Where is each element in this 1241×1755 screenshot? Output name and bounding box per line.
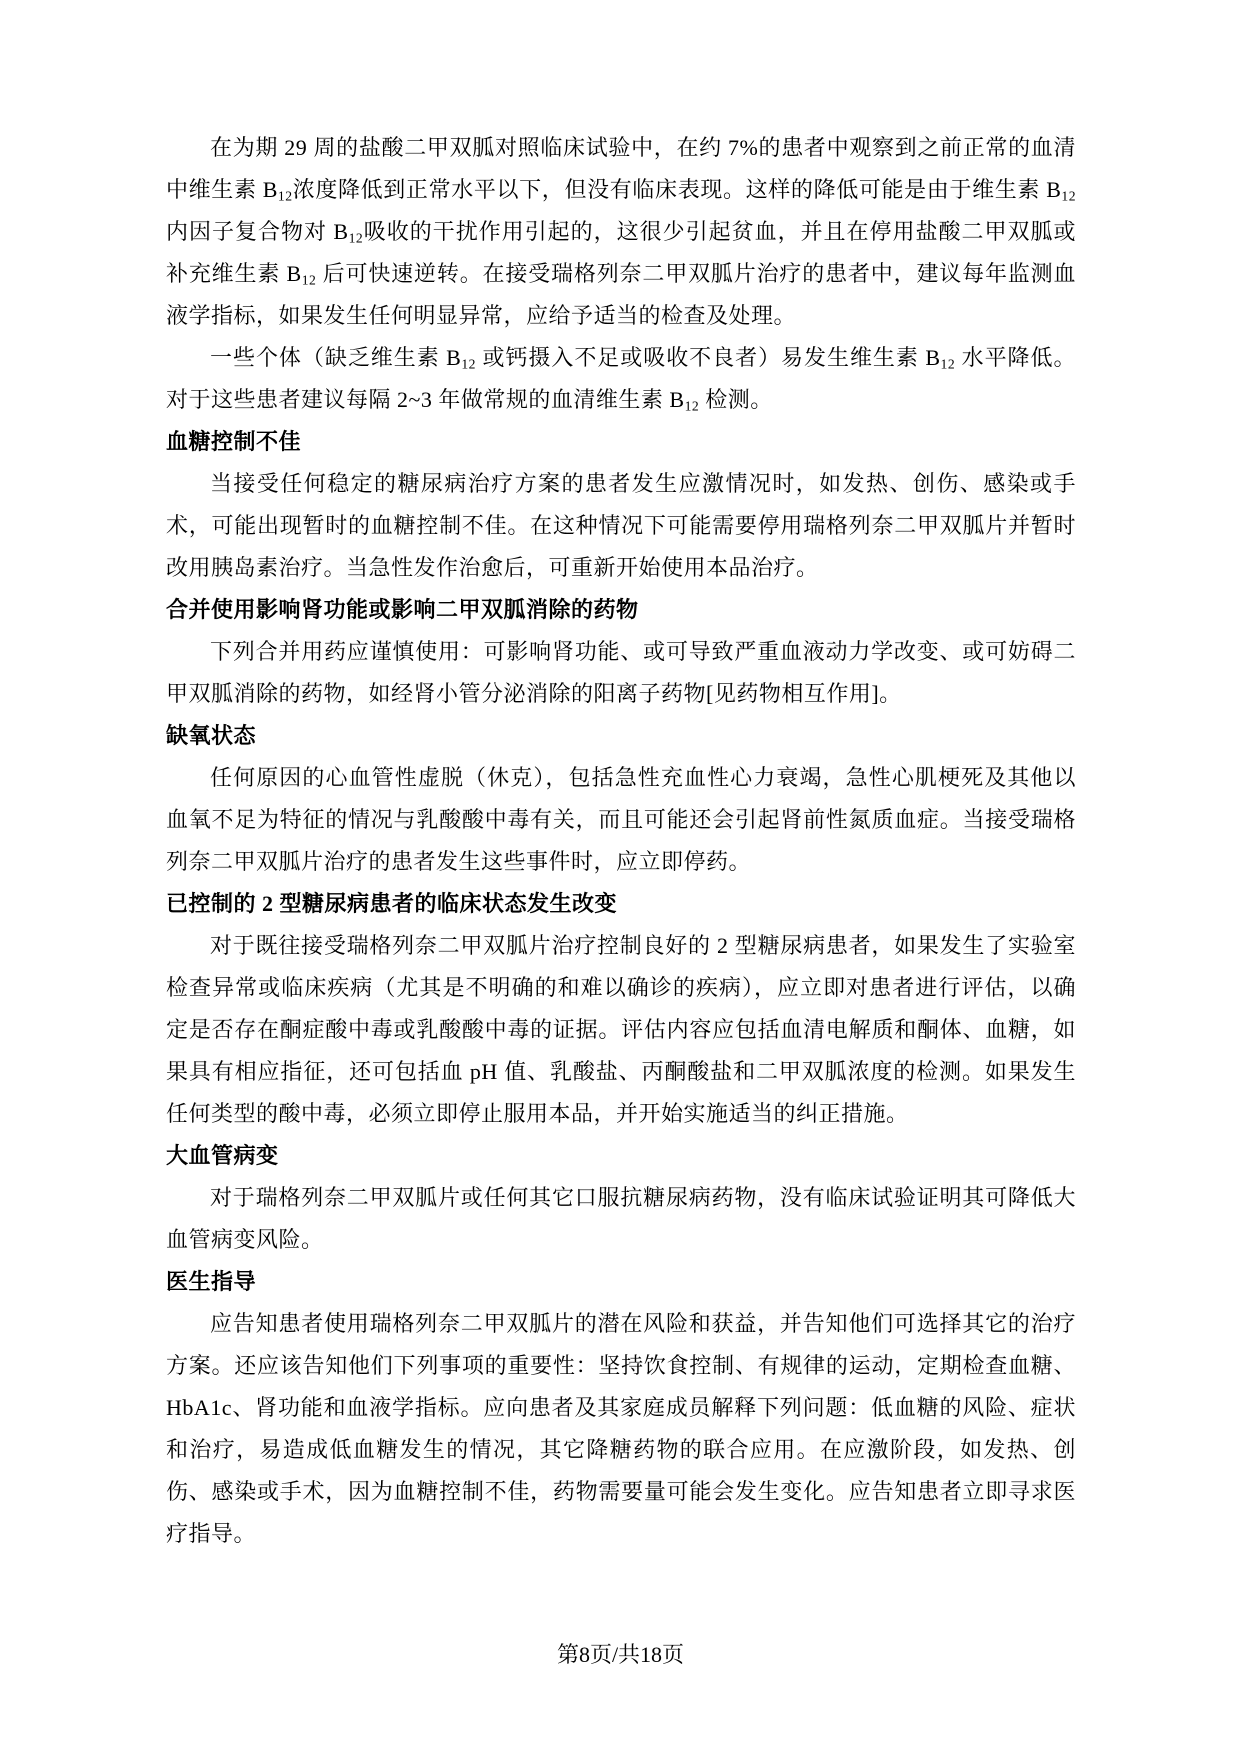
paragraph-acidosis-evaluation: 对于既往接受瑞格列奈二甲双胍片治疗控制良好的 2 型糖尿病患者，如果发生了实验室… xyxy=(166,925,1076,1135)
heading-macrovascular-disease: 大血管病变 xyxy=(166,1135,1076,1177)
paragraph-macrovascular-risk: 对于瑞格列奈二甲双胍片或任何其它口服抗糖尿病药物，没有临床试验证明其可降低大血管… xyxy=(166,1177,1076,1261)
heading-physician-guidance: 医生指导 xyxy=(166,1261,1076,1303)
page-number-text: 第8页/共18页 xyxy=(557,1642,684,1667)
heading-poor-glycemic-control: 血糖控制不佳 xyxy=(166,421,1076,463)
paragraph-stress-conditions: 当接受任何稳定的糖尿病治疗方案的患者发生应激情况时，如发热、创伤、感染或手术，可… xyxy=(166,463,1076,589)
heading-concomitant-drugs-renal: 合并使用影响肾功能或影响二甲双胍消除的药物 xyxy=(166,589,1076,631)
heading-hypoxic-states: 缺氧状态 xyxy=(166,715,1076,757)
page-footer: 第8页/共18页 xyxy=(0,1634,1241,1676)
paragraph-b12-deficiency-individuals: 一些个体（缺乏维生素 B12 或钙摄入不足或吸收不良者）易发生维生素 B12 水… xyxy=(166,337,1076,421)
paragraph-caution-concomitant-drugs: 下列合并用药应谨慎使用：可影响肾功能、或可导致严重血液动力学改变、或可妨碍二甲双… xyxy=(166,631,1076,715)
paragraph-patient-counseling: 应告知患者使用瑞格列奈二甲双胍片的潜在风险和获益，并告知他们可选择其它的治疗方案… xyxy=(166,1303,1076,1555)
heading-clinical-status-change-t2dm: 已控制的 2 型糖尿病患者的临床状态发生改变 xyxy=(166,883,1076,925)
page-body: 在为期 29 周的盐酸二甲双胍对照临床试验中，在约 7%的患者中观察到之前正常的… xyxy=(166,127,1076,1555)
document-page: 在为期 29 周的盐酸二甲双胍对照临床试验中，在约 7%的患者中观察到之前正常的… xyxy=(0,0,1241,1755)
paragraph-b12-clinical-trial: 在为期 29 周的盐酸二甲双胍对照临床试验中，在约 7%的患者中观察到之前正常的… xyxy=(166,127,1076,337)
paragraph-cardiovascular-collapse: 任何原因的心血管性虚脱（休克），包括急性充血性心力衰竭，急性心肌梗死及其他以血氧… xyxy=(166,757,1076,883)
